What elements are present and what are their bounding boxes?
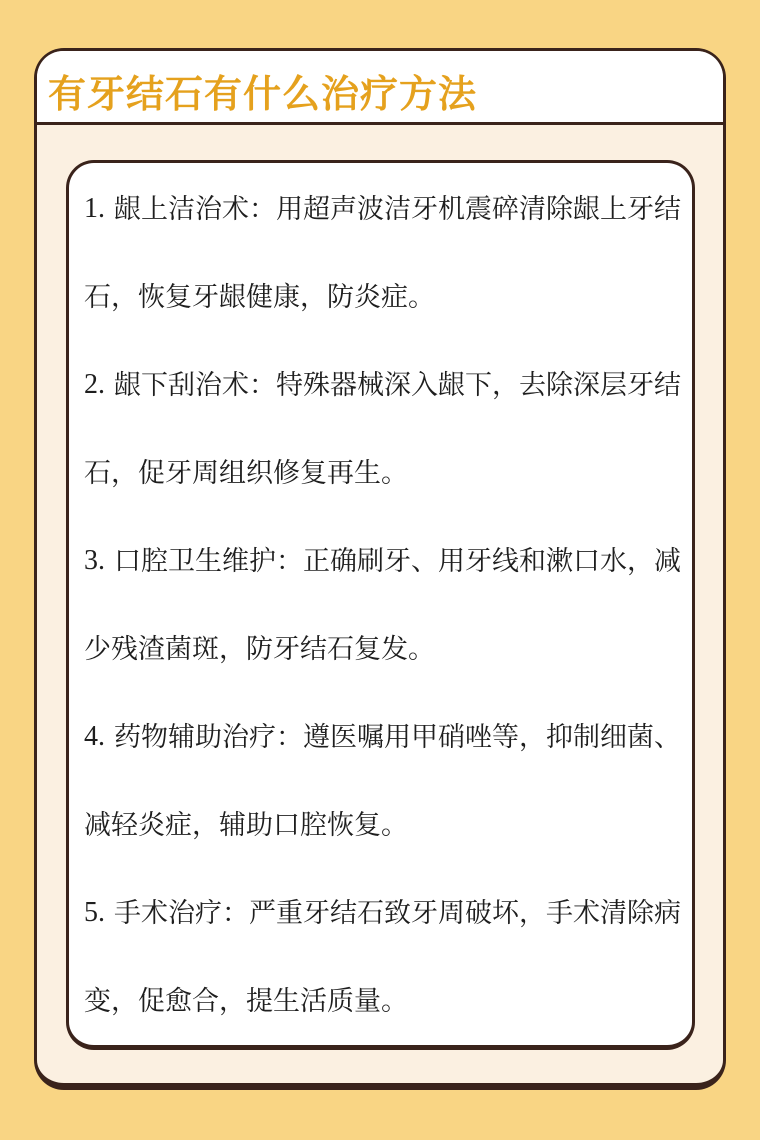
treatment-item-5-text-cont: 变，促愈合，提生活质量。: [84, 988, 408, 1015]
treatment-item-2-text-cont: 石，促牙周组织修复再生。: [84, 460, 408, 487]
treatment-item-4-text: 药物辅助治疗：遵医嘱用甲硝唑等，抑制细菌、: [114, 724, 681, 751]
treatment-item-4-line-2: 减轻炎症，辅助口腔恢复。: [69, 781, 692, 869]
infographic-card: 有牙结石有什么治疗方法 1. 龈上洁治术：用超声波洁牙机震碎清除龈上牙结 石，恢…: [34, 48, 726, 1090]
treatment-item-5-line-1: 5. 手术治疗：严重牙结石致牙周破坏，手术清除病: [69, 869, 692, 957]
item-number-3: 3.: [84, 547, 105, 575]
treatment-item-4-text-cont: 减轻炎症，辅助口腔恢复。: [84, 812, 408, 839]
treatment-item-2-line-1: 2. 龈下刮治术：特殊器械深入龈下，去除深层牙结: [69, 341, 692, 429]
treatment-item-5-text: 手术治疗：严重牙结石致牙周破坏，手术清除病: [114, 900, 681, 927]
treatment-item-2-line-2: 石，促牙周组织修复再生。: [69, 429, 692, 517]
item-number-5: 5.: [84, 899, 105, 927]
treatment-item-1-text: 龈上洁治术：用超声波洁牙机震碎清除龈上牙结: [114, 196, 681, 223]
treatment-item-1-text-cont: 石，恢复牙龈健康，防炎症。: [84, 284, 435, 311]
treatment-item-1-line-2: 石，恢复牙龈健康，防炎症。: [69, 253, 692, 341]
title-band: 有牙结石有什么治疗方法: [37, 51, 723, 125]
treatment-item-3-line-1: 3. 口腔卫生维护：正确刷牙、用牙线和漱口水，减: [69, 517, 692, 605]
item-number-1: 1.: [84, 195, 105, 223]
item-number-2: 2.: [84, 371, 105, 399]
page-title: 有牙结石有什么治疗方法: [48, 75, 477, 113]
treatment-item-5-line-2: 变，促愈合，提生活质量。: [69, 957, 692, 1045]
treatment-item-3-text: 口腔卫生维护：正确刷牙、用牙线和漱口水，减: [114, 548, 681, 575]
treatment-item-3-line-2: 少残渣菌斑，防牙结石复发。: [69, 605, 692, 693]
treatment-list-panel: 1. 龈上洁治术：用超声波洁牙机震碎清除龈上牙结 石，恢复牙龈健康，防炎症。 2…: [66, 160, 695, 1050]
treatment-item-2-text: 龈下刮治术：特殊器械深入龈下，去除深层牙结: [114, 372, 681, 399]
item-number-4: 4.: [84, 723, 105, 751]
treatment-item-1-line-1: 1. 龈上洁治术：用超声波洁牙机震碎清除龈上牙结: [69, 165, 692, 253]
treatment-item-3-text-cont: 少残渣菌斑，防牙结石复发。: [84, 636, 435, 663]
treatment-item-4-line-1: 4. 药物辅助治疗：遵医嘱用甲硝唑等，抑制细菌、: [69, 693, 692, 781]
